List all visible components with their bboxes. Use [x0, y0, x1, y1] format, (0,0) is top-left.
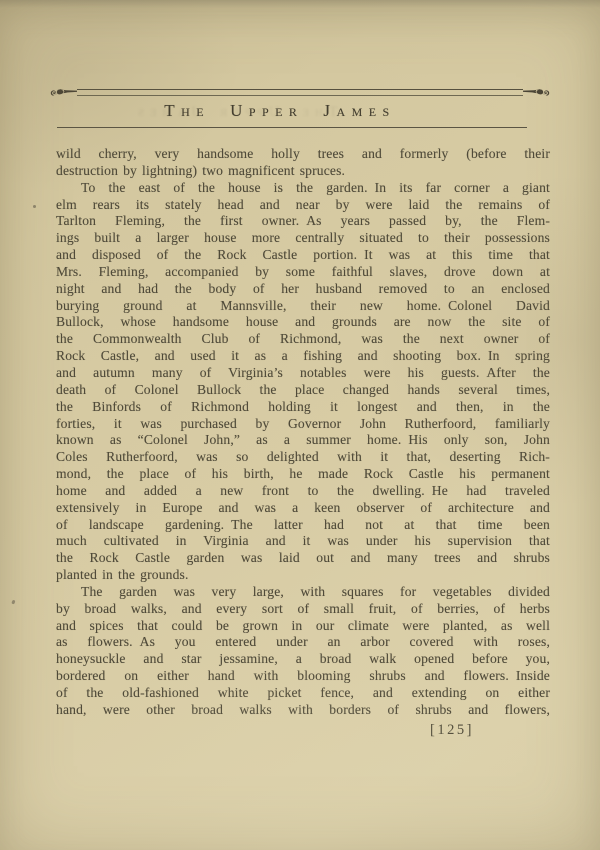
text-line: ings built a larger house more centrally…	[56, 230, 550, 247]
text-line: and spices that could be grown in our cl…	[56, 618, 550, 635]
text-line: much cultivated in Virginia and it was u…	[56, 533, 550, 550]
ornamental-rule	[50, 84, 550, 99]
double-rule-line	[77, 89, 523, 96]
header-rule-line	[57, 127, 527, 128]
paper-speck	[33, 205, 36, 208]
text-line: known as “Colonel John,” as a summer hom…	[56, 432, 550, 449]
text-line: planted in the grounds.	[56, 567, 550, 584]
text-line: of the old-fashioned white picket fence,…	[56, 685, 550, 702]
text-line: the Rock Castle garden was laid out and …	[56, 550, 550, 567]
text-line: the Binfords of Richmond holding it long…	[56, 399, 550, 416]
page-number: [125]	[416, 722, 488, 739]
text-line: bordered on either hand with blooming sh…	[56, 668, 550, 685]
text-line: hand, were other broad walks with border…	[56, 702, 550, 719]
text-line: night and had the body of her husband re…	[56, 281, 550, 298]
text-line: Mrs. Fleming, accompanied by some faithf…	[56, 264, 550, 281]
text-line: death of Colonel Bullock the place chang…	[56, 382, 550, 399]
text-line: mond, the place of his birth, he made Ro…	[56, 466, 550, 483]
text-line: of landscape gardening. The latter had n…	[56, 517, 550, 534]
text-line: and disposed of the Rock Castle portion.…	[56, 247, 550, 264]
text-line: home and added a new front to the dwelli…	[56, 483, 550, 500]
text-line: burying ground at Mannsville, their new …	[56, 298, 550, 315]
text-line: wild cherry, very handsome holly trees a…	[56, 146, 550, 163]
scroll-ornament-right-icon	[523, 85, 550, 98]
text-line: destruction by lightning) two magnificen…	[56, 163, 550, 180]
text-line: elm rears its stately head and near by w…	[56, 197, 550, 214]
text-line: Coles Rutherfoord, was so delighted with…	[56, 449, 550, 466]
text-line: Bullock, whose handsome house and ground…	[56, 314, 550, 331]
text-line: forties, it was purchased by Governor Jo…	[56, 416, 550, 433]
text-line: extensively in Europe and was a keen obs…	[56, 500, 550, 517]
text-line: Tarlton Fleming, the first owner. As yea…	[56, 213, 550, 230]
text-line: the Commonwealth Club of Richmond, was t…	[56, 331, 550, 348]
text-line: and autumn many of Virginia’s notables w…	[56, 365, 550, 382]
text-line: as flowers. As you entered under an arbo…	[56, 634, 550, 651]
book-page: The Upper James The Upper James wild che…	[0, 0, 600, 850]
page-top-shadow	[0, 0, 600, 8]
scroll-ornament-left-icon	[50, 85, 77, 98]
text-line: honeysuckle and star jessamine, a broad …	[56, 651, 550, 668]
text-line: The garden was very large, with squares …	[56, 584, 550, 601]
text-line: To the east of the house is the garden. …	[56, 180, 550, 197]
running-head: The Upper James	[0, 101, 560, 121]
text-line: Rock Castle, and used it as a fishing an…	[56, 348, 550, 365]
text-line: by broad walks, and every sort of small …	[56, 601, 550, 618]
paper-speck	[11, 600, 15, 604]
body-text: wild cherry, very handsome holly trees a…	[56, 146, 550, 719]
